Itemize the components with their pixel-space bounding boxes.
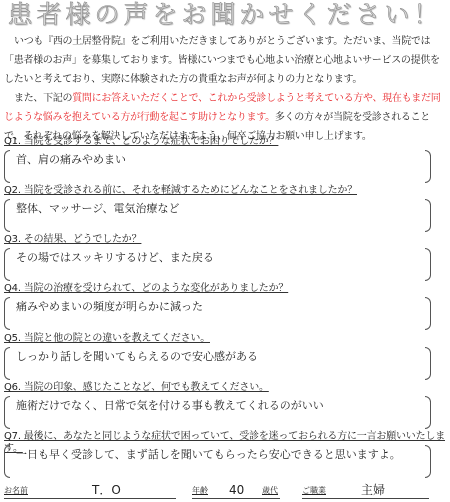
answer-4-text: 痛みやめまいの頻度が明らかに減った: [16, 300, 203, 314]
question-5-label: Q5. 当院と他の院との違いを教えてください。: [4, 333, 210, 345]
intro-text: いつも『西の土居整骨院』をご利用いただきましてありがとうございます。ただいま、当…: [4, 32, 448, 146]
question-4-label: Q4. 当院の治療を受けられて、どのような変化がありましたか？: [4, 283, 288, 295]
respondent-info: お名前 T．O 年齢 40 歳代 ご職業 主婦: [0, 484, 450, 502]
question-2-label: Q2. 当院を受診される前に、それを軽減するためにどんなことをされましたか？: [4, 185, 357, 197]
right-bracket: [425, 445, 431, 478]
left-bracket: [4, 199, 10, 232]
right-bracket: [425, 347, 431, 380]
answer-6-text: 施術だけでなく、日常で気を付ける事も教えてくれるのがいい: [16, 399, 324, 413]
answer-2-text: 整体、マッサージ、電気治療など: [16, 202, 179, 216]
left-bracket: [4, 297, 10, 330]
name-field: お名前 T．O: [4, 484, 176, 499]
right-bracket: [425, 248, 431, 281]
answer-box-4: 痛みやめまいの頻度が明らかに減った: [4, 297, 431, 330]
occupation-field: ご職業 主婦: [302, 484, 429, 499]
left-bracket: [4, 396, 10, 429]
question-1-label: Q1. 当院を受診するまで、どのような症状でお困りでしたか？: [4, 136, 278, 148]
age-field: 年齢 40 歳代: [192, 484, 280, 499]
age-label: 年齢: [192, 486, 208, 496]
page-title: 患者様の声をお聞かせください！: [0, 0, 450, 30]
answer-box-5: しっかり話しを聞いてもらえるので安心感がある: [4, 347, 431, 380]
left-bracket: [4, 248, 10, 281]
intro-paragraph-1: いつも『西の土居整骨院』をご利用いただきましてありがとうございます。ただいま、当…: [4, 32, 448, 89]
age-suffix: 歳代: [262, 486, 278, 496]
right-bracket: [425, 199, 431, 232]
answer-box-1: 首、肩の痛みやめまい: [4, 150, 431, 183]
answer-7-text: 一日も早く受診して、まず話しを聞いてもらったら安心できると思いますよ。: [16, 448, 401, 462]
name-label: お名前: [4, 486, 28, 496]
answer-5-text: しっかり話しを聞いてもらえるので安心感がある: [16, 350, 258, 364]
right-bracket: [425, 297, 431, 330]
answer-1-text: 首、肩の痛みやめまい: [16, 153, 126, 167]
answer-box-3: その場ではスッキリするけど、また戻る: [4, 248, 431, 281]
left-bracket: [4, 150, 10, 183]
answer-3-text: その場ではスッキリするけど、また戻る: [16, 251, 214, 265]
left-bracket: [4, 445, 10, 478]
intro-p2-pre: また、下記の: [14, 93, 72, 104]
occupation-label: ご職業: [302, 486, 326, 496]
answer-box-2: 整体、マッサージ、電気治療など: [4, 199, 431, 232]
age-value: 40: [229, 484, 244, 497]
right-bracket: [425, 396, 431, 429]
answer-box-6: 施術だけでなく、日常で気を付ける事も教えてくれるのがいい: [4, 396, 431, 429]
occupation-value: 主婦: [361, 484, 385, 497]
name-value: T．O: [92, 484, 121, 497]
right-bracket: [425, 150, 431, 183]
question-6-label: Q6. 当院の印象、感じたことなど、何でも教えてください。: [4, 382, 269, 394]
question-3-label: Q3. その結果、どうでしたか？: [4, 234, 141, 246]
answer-box-7: 一日も早く受診して、まず話しを聞いてもらったら安心できると思いますよ。: [4, 445, 431, 478]
left-bracket: [4, 347, 10, 380]
